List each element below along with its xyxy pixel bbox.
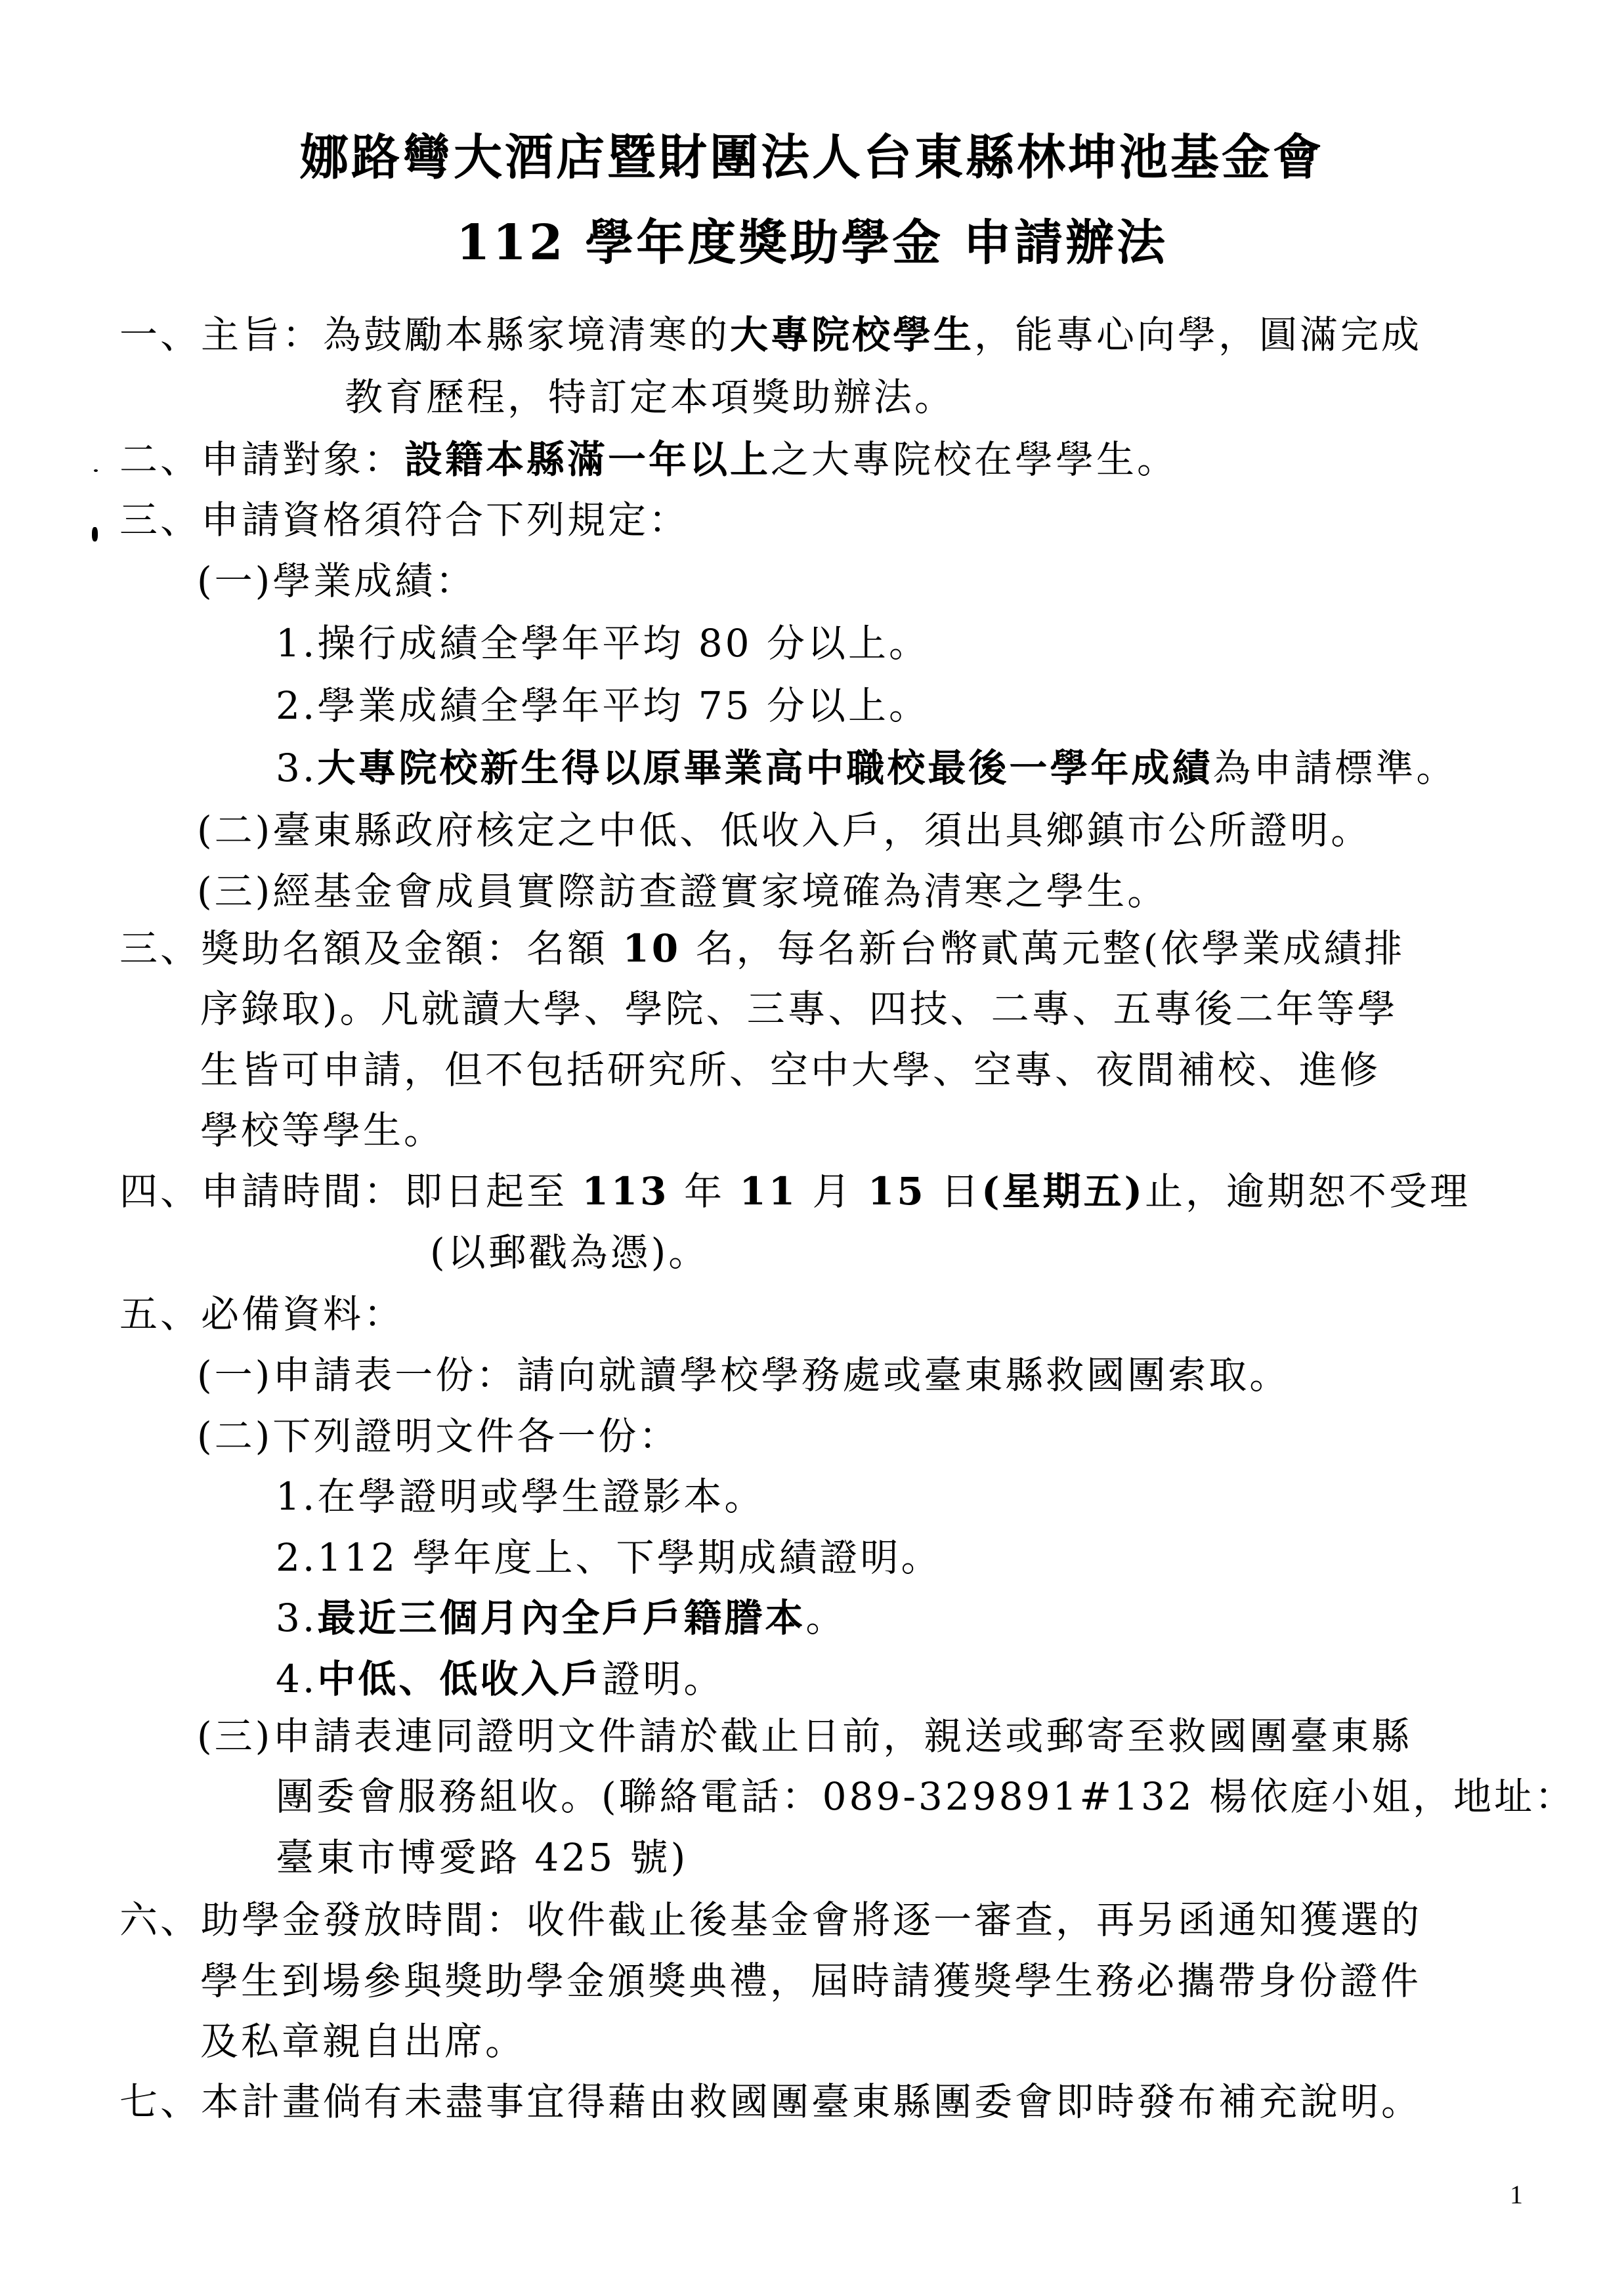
text: (一)學業成績： [197,559,476,603]
section-period-line-1: 四、申請時間：即日起至 113 年 11 月 15 日(星期五)止，逾期恕不受理 [119,1165,1470,1218]
bold-text: 113 [582,1169,669,1214]
documents-transcript: 2.112 學年度上、下學期成績證明。 [276,1531,941,1584]
text: 3. [276,746,317,790]
qualification-academic-score: 2.學業成績全學年平均 75 分以上。 [276,679,930,732]
bold-text: 設籍本縣滿一年以上 [404,437,771,482]
qualification-home-visit: (三)經基金會成員實際訪查證實家境確為清寒之學生。 [197,865,1168,918]
text: 五、必備資料： [119,1292,404,1336]
documents-submission-line-3: 臺東市博愛路 425 號) [276,1831,688,1884]
documents-submission-line-1: (三)申請表連同證明文件請於截止日前，親送或郵寄至救國團臺東縣 [197,1710,1412,1762]
text: (三)申請表連同證明文件請於截止日前，親送或郵寄至救國團臺東縣 [197,1714,1412,1758]
text: 三、申請資格須符合下列規定： [119,498,689,542]
text: (二)臺東縣政府核定之中低、低收入戶，須出具鄉鎮市公所證明。 [197,808,1371,853]
text: (以郵戳為憑)。 [430,1230,709,1275]
text: (一)申請表一份：請向就讀學校學務處或臺東縣救國團索取。 [197,1353,1290,1397]
documents-enrollment-proof: 1.在學證明或學生證影本。 [276,1470,765,1523]
qualification-freshmen-rule: 3.大專院校新生得以原畢業高中職校最後一學年成績為申請標準。 [276,742,1457,794]
text: 學生到場參與獎助學金頒獎典禮，屆時請獲獎學生務必攜帶身份證件 [200,1959,1421,2003]
text: 證明。 [602,1657,724,1701]
text: (三)經基金會成員實際訪查證實家境確為清寒之學生。 [197,869,1168,914]
section-quota-line-3: 生皆可申請，但不包括研究所、空中大學、空專、夜間補校、進修 [200,1044,1380,1096]
text: 年 [670,1169,740,1214]
section-qualifications-line-1: 三、申請資格須符合下列規定： [119,494,689,546]
text: 名，每名新台幣貳萬元整(依學業成績排 [681,926,1405,971]
bold-text: 11 [739,1169,798,1214]
text: 。 [805,1596,846,1640]
text: 3. [276,1596,317,1640]
section-supplement-line-1: 七、本計畫倘有未盡事宜得藉由救國團臺東縣團委會即時發布補充說明。 [119,2075,1422,2128]
qualification-low-income: (二)臺東縣政府核定之中低、低收入戶，須出具鄉鎮市公所證明。 [197,804,1371,857]
document-subtitle: 112 學年度獎助學金 申請辦法 [0,213,1624,272]
text: 序錄取)。凡就讀大學、學院、三專、四技、二專、五專後二年等學 [200,987,1398,1031]
text: ，能專心向學，圓滿完成 [974,312,1422,357]
bold-text: 15 [868,1169,926,1214]
bold-text: 大專院校新生得以原畢業高中職校最後一學年成績 [317,746,1212,790]
text: 之大專院校在學學生。 [771,437,1178,482]
text: 4. [276,1657,317,1701]
documents-application-form: (一)申請表一份：請向就讀學校學務處或臺東縣救國團索取。 [197,1349,1290,1401]
section-disbursement-line-1: 六、助學金發放時間：收件截止後基金會將逐一審查，再另函通知獲選的 [119,1894,1422,1946]
text: 七、本計畫倘有未盡事宜得藉由救國團臺東縣團委會即時發布補充說明。 [119,2079,1422,2124]
text: 月 [798,1169,868,1214]
text: 學校等學生。 [200,1108,444,1153]
bold-text: 中低、低收入戶 [317,1657,602,1701]
text: 二、申請對象： [119,437,404,482]
section-quota-line-2: 序錄取)。凡就讀大學、學院、三專、四技、二專、五專後二年等學 [200,983,1398,1035]
bold-text: 10 [622,926,681,971]
scan-speck [94,469,98,472]
documents-low-income-proof: 4.中低、低收入戶證明。 [276,1653,724,1705]
text: 三、獎助名額及金額：名額 [119,926,622,971]
text: 生皆可申請，但不包括研究所、空中大學、空專、夜間補校、進修 [200,1048,1380,1092]
section-purpose-line-2: 教育歷程，特訂定本項獎助辦法。 [345,371,955,423]
bold-text: (星期五) [981,1169,1145,1214]
scan-mark [92,527,98,541]
qualification-conduct-score: 1.操行成績全學年平均 80 分以上。 [276,617,930,669]
documents-submission-line-2: 團委會服務組收。(聯絡電話：089-329891#132 楊依庭小姐，地址： [276,1770,1575,1823]
text: 團委會服務組收。(聯絡電話：089-329891#132 楊依庭小姐，地址： [276,1774,1575,1819]
section-purpose-line-1: 一、主旨：為鼓勵本縣家境清寒的大專院校學生，能專心向學，圓滿完成 [119,308,1422,361]
section-period-line-2: (以郵戳為憑)。 [430,1226,709,1279]
document-title: 娜路彎大酒店暨財團法人台東縣林坤池基金會 [0,128,1624,187]
text: 為申請標準。 [1212,746,1457,790]
section-applicants-line-1: 二、申請對象：設籍本縣滿一年以上之大專院校在學學生。 [119,433,1178,486]
documents-household-register: 3.最近三個月內全戶戶籍謄本。 [276,1592,846,1644]
page-number: 1 [1510,2179,1523,2210]
text: 日 [926,1169,981,1214]
section-disbursement-line-3: 及私章親自出席。 [200,2015,526,2068]
section-documents-heading: 五、必備資料： [119,1288,404,1340]
text: 六、助學金發放時間：收件截止後基金會將逐一審查，再另函通知獲選的 [119,1898,1422,1942]
text: 1.操行成績全學年平均 80 分以上。 [276,621,930,666]
text: 1.在學證明或學生證影本。 [276,1474,765,1519]
text: 2.112 學年度上、下學期成績證明。 [276,1535,941,1580]
document-page: 娜路彎大酒店暨財團法人台東縣林坤池基金會 112 學年度獎助學金 申請辦法 一、… [0,0,1624,2292]
documents-certificates-heading: (二)下列證明文件各一份： [197,1410,679,1462]
section-quota-line-1: 三、獎助名額及金額：名額 10 名，每名新台幣貳萬元整(依學業成績排 [119,922,1405,975]
text: 教育歷程，特訂定本項獎助辦法。 [345,375,955,419]
text: 一、主旨：為鼓勵本縣家境清寒的 [119,312,730,357]
bold-text: 最近三個月內全戶戶籍謄本 [317,1596,805,1640]
text: 臺東市博愛路 425 號) [276,1835,688,1880]
section-quota-line-4: 學校等學生。 [200,1104,444,1157]
text: 2.學業成績全學年平均 75 分以上。 [276,683,930,728]
text: 止，逾期恕不受理 [1145,1169,1470,1214]
text: 四、申請時間：即日起至 [119,1169,582,1214]
section-disbursement-line-2: 學生到場參與獎助學金頒獎典禮，屆時請獲獎學生務必攜帶身份證件 [200,1955,1421,2007]
text: (二)下列證明文件各一份： [197,1414,679,1458]
qualification-academic-heading: (一)學業成績： [197,555,476,607]
text: 及私章親自出席。 [200,2019,526,2064]
bold-text: 大專院校學生 [730,312,974,357]
